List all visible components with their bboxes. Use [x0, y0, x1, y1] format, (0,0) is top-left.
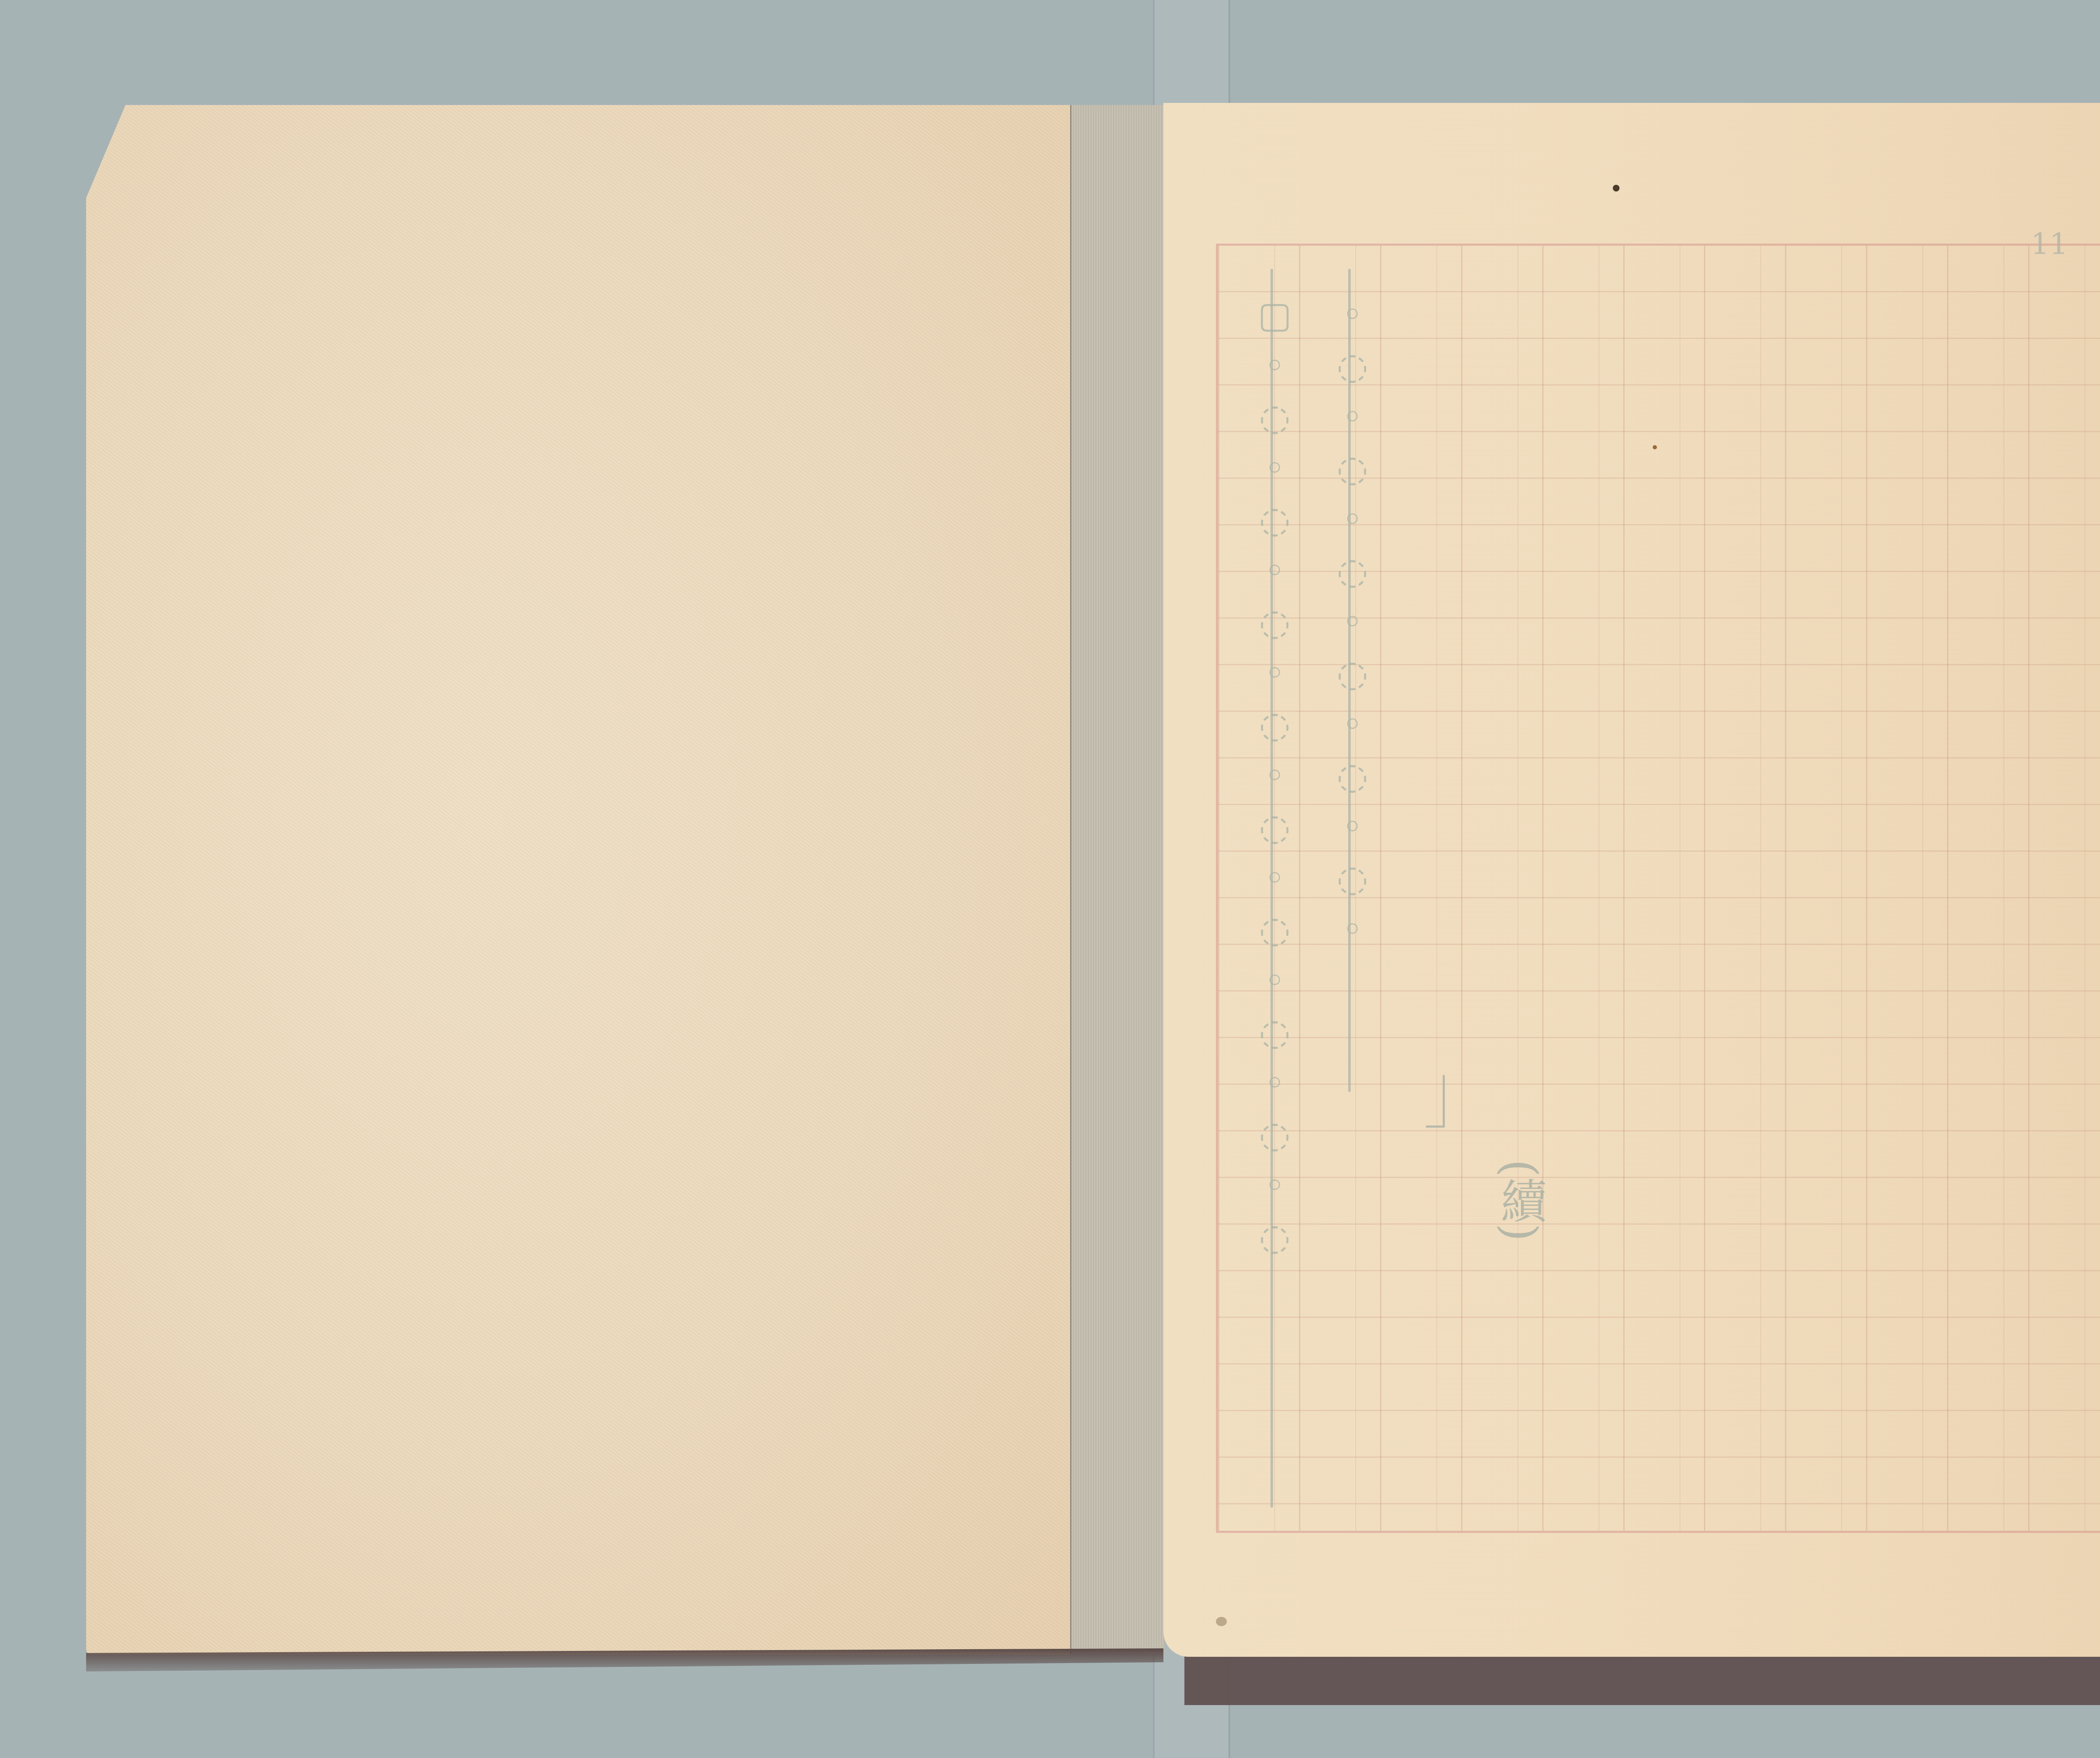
grid-column [1704, 246, 1785, 1531]
grid-column [1623, 246, 1704, 1531]
page-number: 11 [2031, 227, 2068, 261]
stain-spot [1216, 1617, 1227, 1626]
shadow [1184, 1655, 2100, 1705]
grid-column [2028, 246, 2100, 1531]
continuation-note: (續) [1487, 1159, 1553, 1241]
grid-column [1785, 246, 1866, 1531]
handwritten-column-2: ◦◌◦◌◦◌◦◌◦◌◦◌◦ [1331, 294, 1373, 1092]
grid-column [1461, 246, 1542, 1531]
ink-spot [1653, 445, 1657, 449]
grid-column [1947, 246, 2028, 1531]
spine-strip [1070, 105, 1165, 1654]
grid-column [1542, 246, 1623, 1531]
grid-column [1866, 246, 1947, 1531]
left-inner-cover [86, 105, 1070, 1655]
handwritten-column-1: ▢◦◌◦◌◦◌◦◌◦◌◦◌◦◌◦◌◦◌ [1254, 294, 1296, 1491]
ink-spot [1613, 185, 1620, 192]
closing-bracket [1426, 1075, 1445, 1128]
grid-column [1380, 246, 1461, 1531]
